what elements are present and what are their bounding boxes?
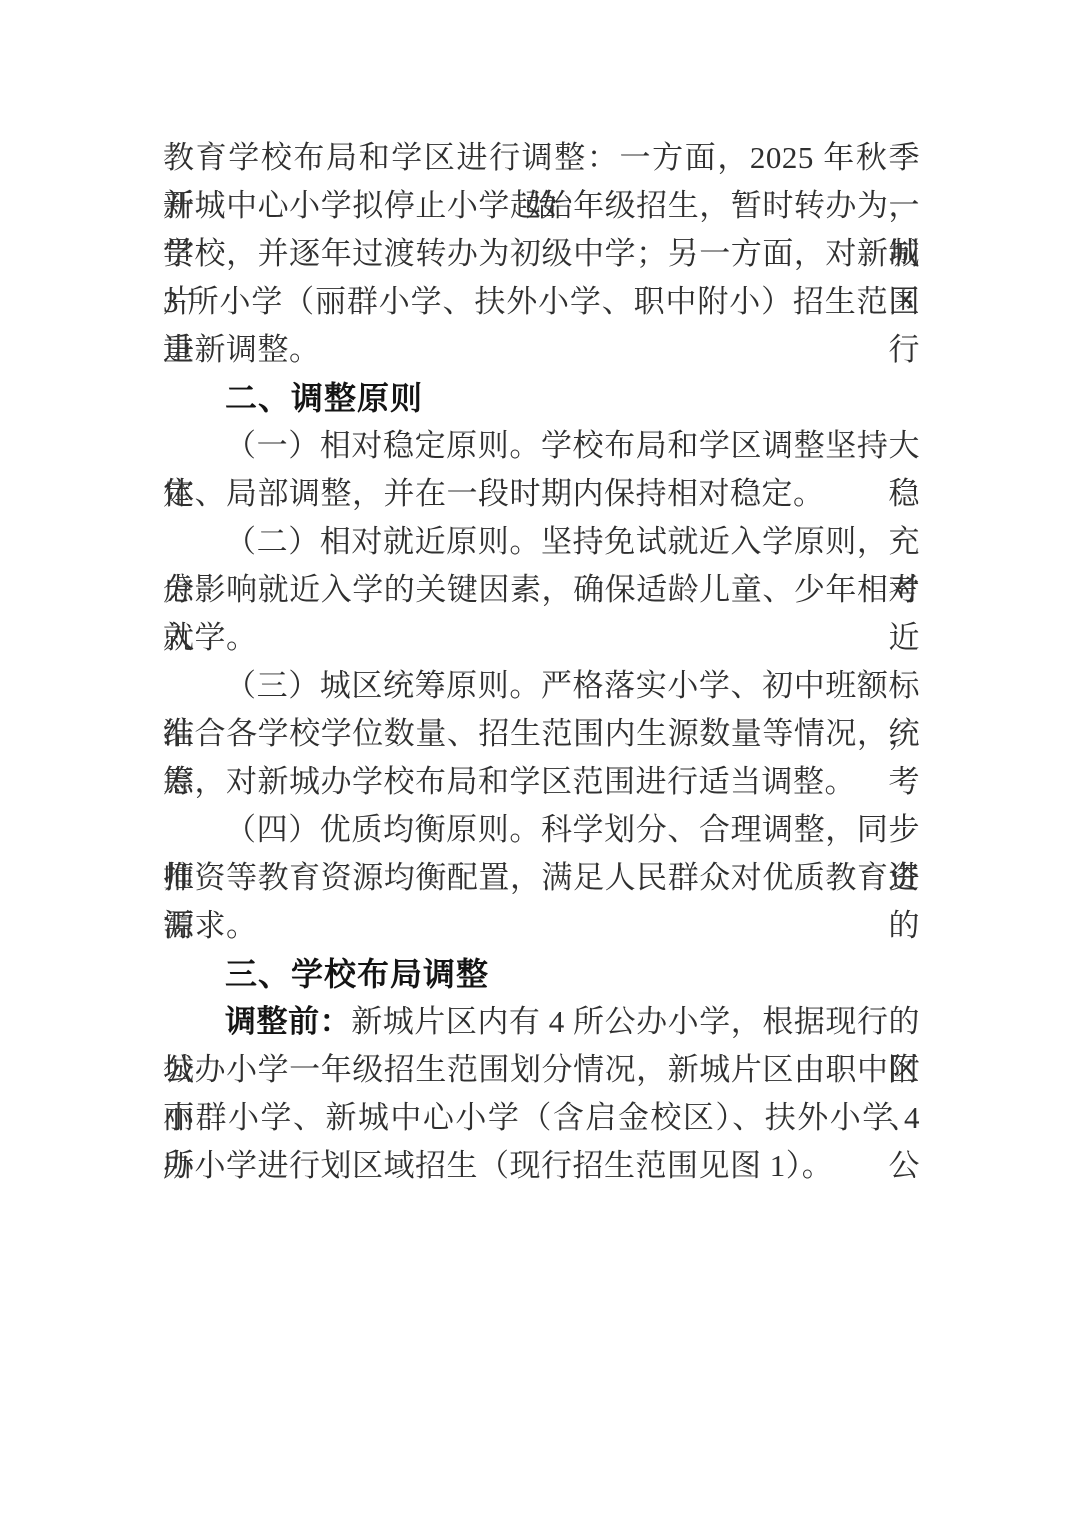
- bold-lead-label: 调整前：: [225, 1004, 351, 1039]
- body-text-line: （三）城区统筹原则。严格落实小学、初中班额标准，: [163, 662, 920, 710]
- body-text-line: （二）相对就近原则。坚持免试就近入学原则，充分考: [163, 518, 920, 566]
- paragraph: （一）相对稳定原则。学校布局和学区调整坚持大体稳定、局部调整，并在一段时期内保持…: [163, 422, 920, 518]
- body-text-line: 虑影响就近入学的关键因素，确保适龄儿童、少年相对就近: [163, 566, 920, 614]
- body-text-line: 办小学进行划区域招生（现行招生范围见图 1）。: [163, 1142, 920, 1190]
- body-text-line: 公办小学一年级招生范围划分情况，新城片区由职中附小、: [163, 1046, 920, 1094]
- heading-text-line: 二、调整原则: [163, 374, 920, 422]
- paragraph: 调整前：新城片区内有 4 所公办小学，根据现行的城区公办小学一年级招生范围划分情…: [163, 998, 920, 1190]
- paragraph: （四）优质均衡原则。科学划分、合理调整，同步推进师资等教育资源均衡配置，满足人民…: [163, 806, 920, 950]
- document-page: 教育学校布局和学区进行调整：一方面，2025 年秋季开始，新城中心小学拟停止小学…: [0, 0, 1080, 1527]
- body-text-line: 学校，并逐年过渡转办为初级中学；另一方面，对新城片区: [163, 230, 920, 278]
- body-text-line: 师资等教育资源均衡配置，满足人民群众对优质教育资源的: [163, 854, 920, 902]
- body-text-line: 教育学校布局和学区进行调整：一方面，2025 年秋季开始，: [163, 134, 920, 182]
- body-text-line: 新城中心小学拟停止小学起始年级招生，暂时转办为一贯制: [163, 182, 920, 230]
- body-text-line: 定、局部调整，并在一段时期内保持相对稳定。: [163, 470, 920, 518]
- section-heading: 二、调整原则: [163, 374, 920, 422]
- body-text-line: （一）相对稳定原则。学校布局和学区调整坚持大体稳: [163, 422, 920, 470]
- body-text-line: 3 所小学（丽群小学、扶外小学、职中附小）招生范围进行: [163, 278, 920, 326]
- body-text-line: 虑，对新城办学校布局和学区范围进行适当调整。: [163, 758, 920, 806]
- body-text-line: 结合各学校学位数量、招生范围内生源数量等情况，统筹考: [163, 710, 920, 758]
- body-text-line: 丽群小学、新城中心小学（含启金校区）、扶外小学 4 所公: [163, 1094, 920, 1142]
- heading-text-line: 三、学校布局调整: [163, 950, 920, 998]
- document-content: 教育学校布局和学区进行调整：一方面，2025 年秋季开始，新城中心小学拟停止小学…: [163, 134, 920, 1190]
- section-heading: 三、学校布局调整: [163, 950, 920, 998]
- body-text-line: 调整前：新城片区内有 4 所公办小学，根据现行的城区: [163, 998, 920, 1046]
- body-text-line: （四）优质均衡原则。科学划分、合理调整，同步推进: [163, 806, 920, 854]
- paragraph: 教育学校布局和学区进行调整：一方面，2025 年秋季开始，新城中心小学拟停止小学…: [163, 134, 920, 374]
- paragraph: （二）相对就近原则。坚持免试就近入学原则，充分考虑影响就近入学的关键因素，确保适…: [163, 518, 920, 662]
- paragraph: （三）城区统筹原则。严格落实小学、初中班额标准，结合各学校学位数量、招生范围内生…: [163, 662, 920, 806]
